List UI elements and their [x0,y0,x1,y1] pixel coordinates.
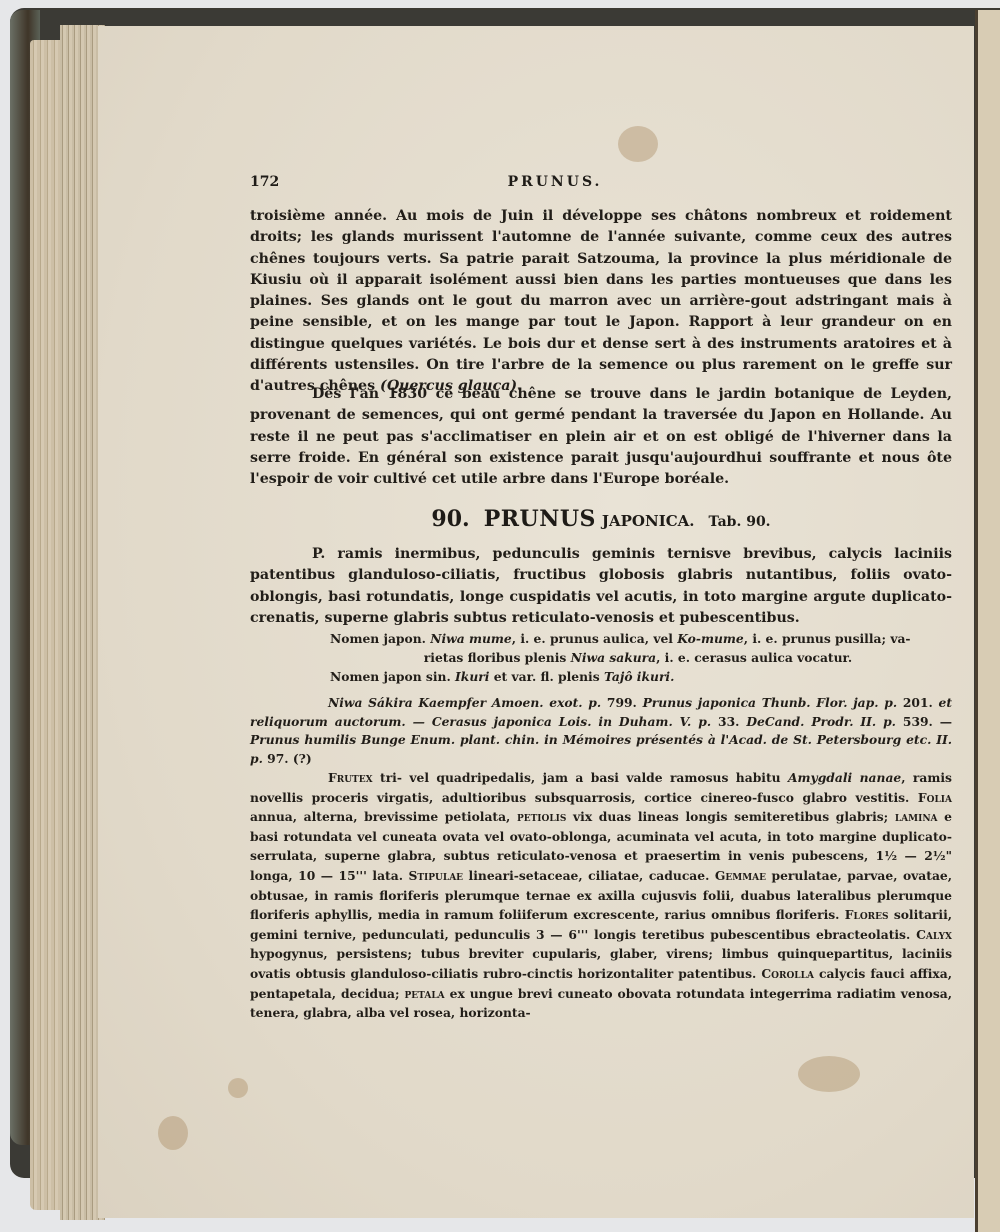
continuation-paragraph: troisième année. Au mois de Juin il déve… [250,206,952,398]
species-diagnosis: P. ramis inermibus, pedunculis geminis t… [250,544,952,629]
running-title: PRUNUS. [250,174,860,190]
book-page: 172 PRUNUS. troisième année. Au mois de … [98,26,974,1218]
plate-reference: Tab. 90. [709,514,771,530]
species-epithet: JAPONICA. [602,512,695,530]
species-heading: 90.PRUNUSJAPONICA.Tab. 90. [250,506,952,532]
foxing-stain [798,1056,860,1092]
foxing-stain [228,1078,248,1098]
japanese-name: Nomen japon. Niwa mume, i. e. prunus aul… [330,630,950,667]
facing-page-edge [975,10,1000,1232]
foxing-stain [158,1116,188,1150]
running-header: 172 PRUNUS. [250,174,860,194]
synonymy: Niwa Sákira Kaempfer Amoen. exot. p. 799… [250,694,952,768]
species-description: Frutex tri- vel quadripedalis, jam a bas… [250,768,952,1023]
second-paragraph: Dès l'an 1830 ce beau chêne se trouve da… [250,384,952,490]
species-number: 90. [431,506,469,532]
foxing-stain [618,126,658,162]
sino-japanese-name: Nomen japon sin. Ikuri et var. fl. pleni… [330,668,950,687]
species-genus: PRUNUS [484,506,596,532]
